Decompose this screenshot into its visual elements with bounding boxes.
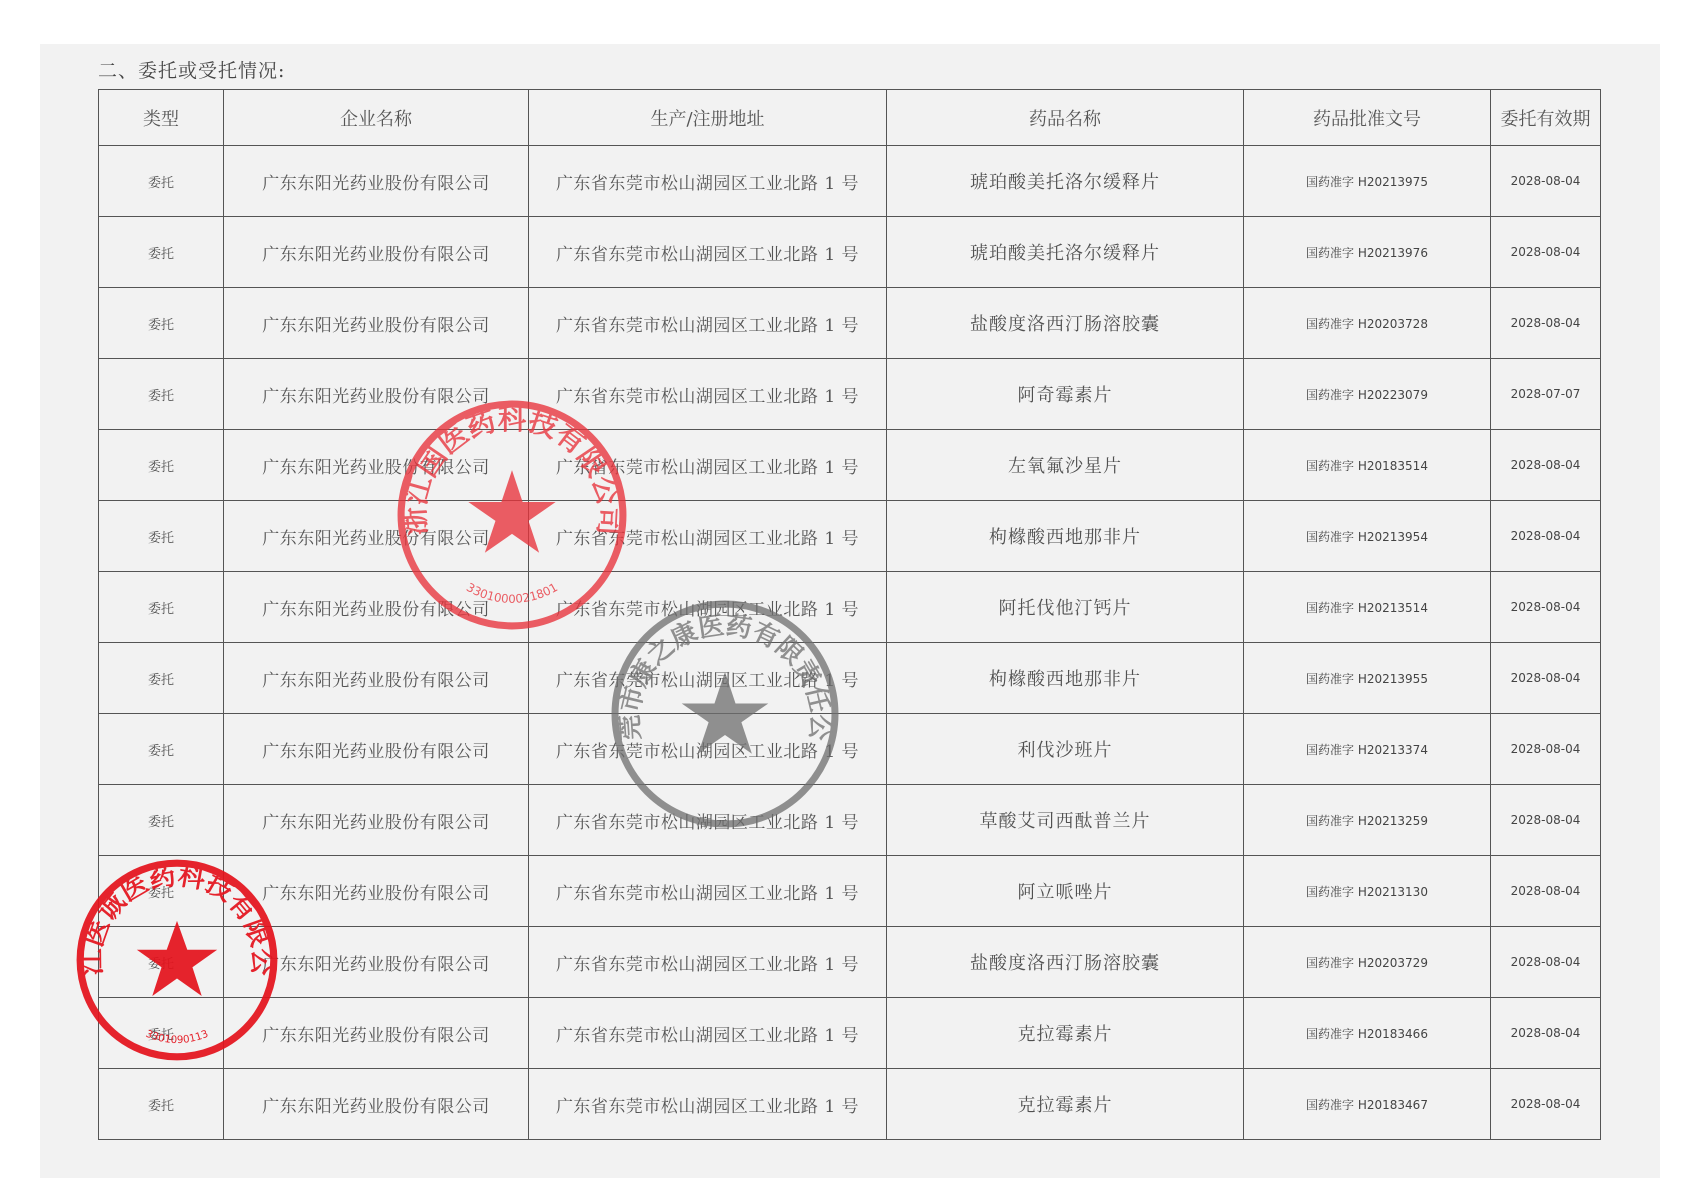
cell-type: 委托 (99, 856, 224, 927)
cell-drug-name: 利伐沙班片 (887, 714, 1244, 785)
cell-address: 广东省东莞市松山湖园区工业北路 1 号 (529, 856, 887, 927)
cell-expiry-date: 2028-07-07 (1491, 359, 1601, 430)
cell-drug-name: 阿托伐他汀钙片 (887, 572, 1244, 643)
cell-type: 委托 (99, 501, 224, 572)
cell-company: 广东东阳光药业股份有限公司 (224, 785, 529, 856)
cell-company: 广东东阳光药业股份有限公司 (224, 288, 529, 359)
table-row: 委托广东东阳光药业股份有限公司广东省东莞市松山湖园区工业北路 1 号枸橼酸西地那… (99, 643, 1601, 714)
cell-company: 广东东阳光药业股份有限公司 (224, 430, 529, 501)
cell-type: 委托 (99, 146, 224, 217)
table-row: 委托广东东阳光药业股份有限公司广东省东莞市松山湖园区工业北路 1 号克拉霉素片国… (99, 998, 1601, 1069)
cell-address: 广东省东莞市松山湖园区工业北路 1 号 (529, 785, 887, 856)
cell-drug-name: 克拉霉素片 (887, 998, 1244, 1069)
cell-drug-name: 草酸艾司西酞普兰片 (887, 785, 1244, 856)
table-row: 委托广东东阳光药业股份有限公司广东省东莞市松山湖园区工业北路 1 号左氧氟沙星片… (99, 430, 1601, 501)
cell-expiry-date: 2028-08-04 (1491, 856, 1601, 927)
header-company: 企业名称 (224, 90, 529, 146)
cell-drug-name: 克拉霉素片 (887, 1069, 1244, 1140)
table-row: 委托广东东阳光药业股份有限公司广东省东莞市松山湖园区工业北路 1 号克拉霉素片国… (99, 1069, 1601, 1140)
cell-approval-number: 国药准字 H20203729 (1244, 927, 1491, 998)
cell-company: 广东东阳光药业股份有限公司 (224, 359, 529, 430)
cell-drug-name: 枸橼酸西地那非片 (887, 643, 1244, 714)
cell-company: 广东东阳光药业股份有限公司 (224, 217, 529, 288)
cell-approval-number: 国药准字 H20213955 (1244, 643, 1491, 714)
cell-address: 广东省东莞市松山湖园区工业北路 1 号 (529, 501, 887, 572)
cell-approval-number: 国药准字 H20203728 (1244, 288, 1491, 359)
cell-address: 广东省东莞市松山湖园区工业北路 1 号 (529, 288, 887, 359)
cell-expiry-date: 2028-08-04 (1491, 714, 1601, 785)
cell-expiry-date: 2028-08-04 (1491, 288, 1601, 359)
header-drug: 药品名称 (887, 90, 1244, 146)
table-row: 委托广东东阳光药业股份有限公司广东省东莞市松山湖园区工业北路 1 号盐酸度洛西汀… (99, 288, 1601, 359)
cell-address: 广东省东莞市松山湖园区工业北路 1 号 (529, 217, 887, 288)
cell-address: 广东省东莞市松山湖园区工业北路 1 号 (529, 146, 887, 217)
cell-approval-number: 国药准字 H20183466 (1244, 998, 1491, 1069)
table-row: 委托广东东阳光药业股份有限公司广东省东莞市松山湖园区工业北路 1 号盐酸度洛西汀… (99, 927, 1601, 998)
cell-company: 广东东阳光药业股份有限公司 (224, 856, 529, 927)
cell-approval-number: 国药准字 H20213514 (1244, 572, 1491, 643)
cell-company: 广东东阳光药业股份有限公司 (224, 714, 529, 785)
cell-address: 广东省东莞市松山湖园区工业北路 1 号 (529, 927, 887, 998)
cell-company: 广东东阳光药业股份有限公司 (224, 643, 529, 714)
cell-drug-name: 枸橼酸西地那非片 (887, 501, 1244, 572)
table-row: 委托广东东阳光药业股份有限公司广东省东莞市松山湖园区工业北路 1 号阿托伐他汀钙… (99, 572, 1601, 643)
table-row: 委托广东东阳光药业股份有限公司广东省东莞市松山湖园区工业北路 1 号枸橼酸西地那… (99, 501, 1601, 572)
cell-drug-name: 阿奇霉素片 (887, 359, 1244, 430)
cell-address: 广东省东莞市松山湖园区工业北路 1 号 (529, 430, 887, 501)
cell-approval-number: 国药准字 H20223079 (1244, 359, 1491, 430)
cell-approval-number: 国药准字 H20213374 (1244, 714, 1491, 785)
cell-expiry-date: 2028-08-04 (1491, 643, 1601, 714)
table-row: 委托广东东阳光药业股份有限公司广东省东莞市松山湖园区工业北路 1 号草酸艾司西酞… (99, 785, 1601, 856)
cell-approval-number: 国药准字 H20213976 (1244, 217, 1491, 288)
cell-expiry-date: 2028-08-04 (1491, 430, 1601, 501)
table-row: 委托广东东阳光药业股份有限公司广东省东莞市松山湖园区工业北路 1 号阿立哌唑片国… (99, 856, 1601, 927)
header-approval: 药品批准文号 (1244, 90, 1491, 146)
cell-company: 广东东阳光药业股份有限公司 (224, 1069, 529, 1140)
cell-company: 广东东阳光药业股份有限公司 (224, 501, 529, 572)
cell-drug-name: 琥珀酸美托洛尔缓释片 (887, 217, 1244, 288)
cell-type: 委托 (99, 288, 224, 359)
cell-expiry-date: 2028-08-04 (1491, 927, 1601, 998)
cell-drug-name: 左氧氟沙星片 (887, 430, 1244, 501)
cell-address: 广东省东莞市松山湖园区工业北路 1 号 (529, 1069, 887, 1140)
cell-type: 委托 (99, 1069, 224, 1140)
delegation-table: 类型 企业名称 生产/注册地址 药品名称 药品批准文号 委托有效期 委托广东东阳… (98, 89, 1601, 1140)
table-header-row: 类型 企业名称 生产/注册地址 药品名称 药品批准文号 委托有效期 (99, 90, 1601, 146)
cell-address: 广东省东莞市松山湖园区工业北路 1 号 (529, 643, 887, 714)
cell-type: 委托 (99, 217, 224, 288)
cell-approval-number: 国药准字 H20213130 (1244, 856, 1491, 927)
cell-approval-number: 国药准字 H20213259 (1244, 785, 1491, 856)
header-expiry: 委托有效期 (1491, 90, 1601, 146)
cell-type: 委托 (99, 927, 224, 998)
cell-type: 委托 (99, 430, 224, 501)
cell-drug-name: 阿立哌唑片 (887, 856, 1244, 927)
table-row: 委托广东东阳光药业股份有限公司广东省东莞市松山湖园区工业北路 1 号利伐沙班片国… (99, 714, 1601, 785)
cell-expiry-date: 2028-08-04 (1491, 998, 1601, 1069)
table-row: 委托广东东阳光药业股份有限公司广东省东莞市松山湖园区工业北路 1 号琥珀酸美托洛… (99, 217, 1601, 288)
cell-expiry-date: 2028-08-04 (1491, 572, 1601, 643)
cell-approval-number: 国药准字 H20213954 (1244, 501, 1491, 572)
cell-drug-name: 琥珀酸美托洛尔缓释片 (887, 146, 1244, 217)
cell-expiry-date: 2028-08-04 (1491, 501, 1601, 572)
cell-type: 委托 (99, 785, 224, 856)
cell-expiry-date: 2028-08-04 (1491, 1069, 1601, 1140)
cell-expiry-date: 2028-08-04 (1491, 785, 1601, 856)
cell-company: 广东东阳光药业股份有限公司 (224, 572, 529, 643)
table-row: 委托广东东阳光药业股份有限公司广东省东莞市松山湖园区工业北路 1 号琥珀酸美托洛… (99, 146, 1601, 217)
cell-approval-number: 国药准字 H20183514 (1244, 430, 1491, 501)
cell-type: 委托 (99, 643, 224, 714)
cell-address: 广东省东莞市松山湖园区工业北路 1 号 (529, 998, 887, 1069)
cell-drug-name: 盐酸度洛西汀肠溶胶囊 (887, 927, 1244, 998)
cell-drug-name: 盐酸度洛西汀肠溶胶囊 (887, 288, 1244, 359)
cell-address: 广东省东莞市松山湖园区工业北路 1 号 (529, 359, 887, 430)
cell-type: 委托 (99, 998, 224, 1069)
cell-type: 委托 (99, 359, 224, 430)
table-row: 委托广东东阳光药业股份有限公司广东省东莞市松山湖园区工业北路 1 号阿奇霉素片国… (99, 359, 1601, 430)
cell-company: 广东东阳光药业股份有限公司 (224, 927, 529, 998)
section-title: 二、委托或受托情况: (98, 56, 285, 83)
cell-type: 委托 (99, 714, 224, 785)
cell-address: 广东省东莞市松山湖园区工业北路 1 号 (529, 572, 887, 643)
cell-expiry-date: 2028-08-04 (1491, 146, 1601, 217)
header-address: 生产/注册地址 (529, 90, 887, 146)
cell-expiry-date: 2028-08-04 (1491, 217, 1601, 288)
header-type: 类型 (99, 90, 224, 146)
cell-company: 广东东阳光药业股份有限公司 (224, 998, 529, 1069)
cell-company: 广东东阳光药业股份有限公司 (224, 146, 529, 217)
cell-approval-number: 国药准字 H20213975 (1244, 146, 1491, 217)
cell-type: 委托 (99, 572, 224, 643)
cell-address: 广东省东莞市松山湖园区工业北路 1 号 (529, 714, 887, 785)
cell-approval-number: 国药准字 H20183467 (1244, 1069, 1491, 1140)
